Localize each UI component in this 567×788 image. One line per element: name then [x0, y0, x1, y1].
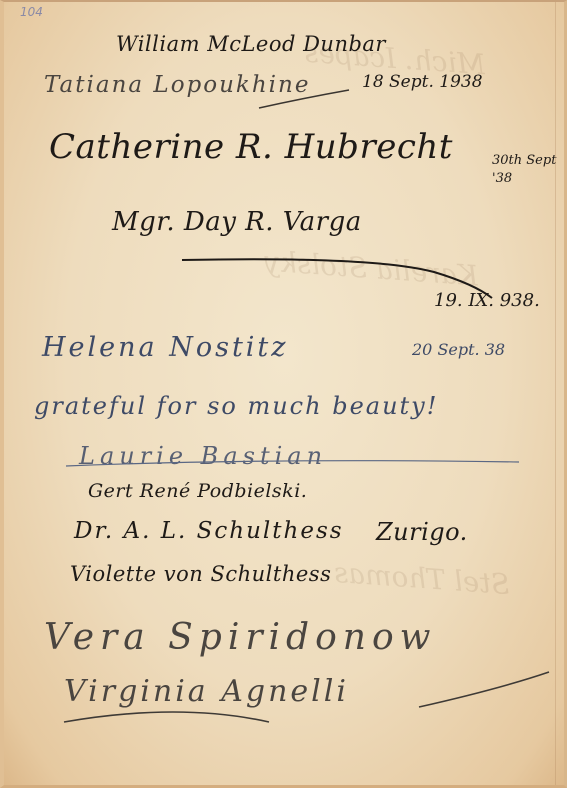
signature-catherine-hubrecht: Catherine R. Hubrecht — [49, 127, 453, 167]
signature-mgr-varga: Mgr. Day R. Varga — [112, 207, 362, 237]
signature-violette-von-schulthess: Violette von Schulthess — [70, 562, 331, 586]
bleed-through-text: Stel Thomas — [333, 556, 511, 601]
signature-schulthess: Dr. A. L. Schulthess — [74, 518, 344, 544]
signature-vera-spiridonow: Vera Spiridonow — [44, 617, 436, 658]
place-zurigo: Zurigo. — [376, 518, 468, 546]
signature-helena-nostitz: Helena Nostitz — [42, 332, 289, 363]
signature-tatiana-lopoukhine: Tatiana Lopoukhine — [44, 72, 310, 98]
bleed-through-text: Karelia Stolsky — [263, 245, 479, 293]
date-helena-nostitz: 20 Sept. 38 — [412, 340, 505, 359]
signature-laurie-bastian: Laurie Bastian — [79, 442, 327, 470]
date-mgr-varga: 19. IX. 938. — [434, 290, 540, 311]
guestbook-page: Mich. Icapes Karelia Stolsky Stel Thomas… — [0, 0, 567, 788]
note-helena-nostitz: grateful for so much beauty! — [34, 392, 438, 420]
signature-gert-rene-podbielski: Gert René Podbielski. — [88, 480, 307, 502]
signature-virginia-agnelli: Virginia Agnelli — [64, 674, 349, 709]
page-number: 104 — [20, 5, 43, 19]
signature-william-mcleod-dunbar: William McLeod Dunbar — [116, 32, 386, 56]
date-tatiana-lopoukhine: 18 Sept. 1938 — [362, 72, 483, 92]
date-catherine-hubrecht: 30th Sept '38 — [492, 152, 562, 188]
